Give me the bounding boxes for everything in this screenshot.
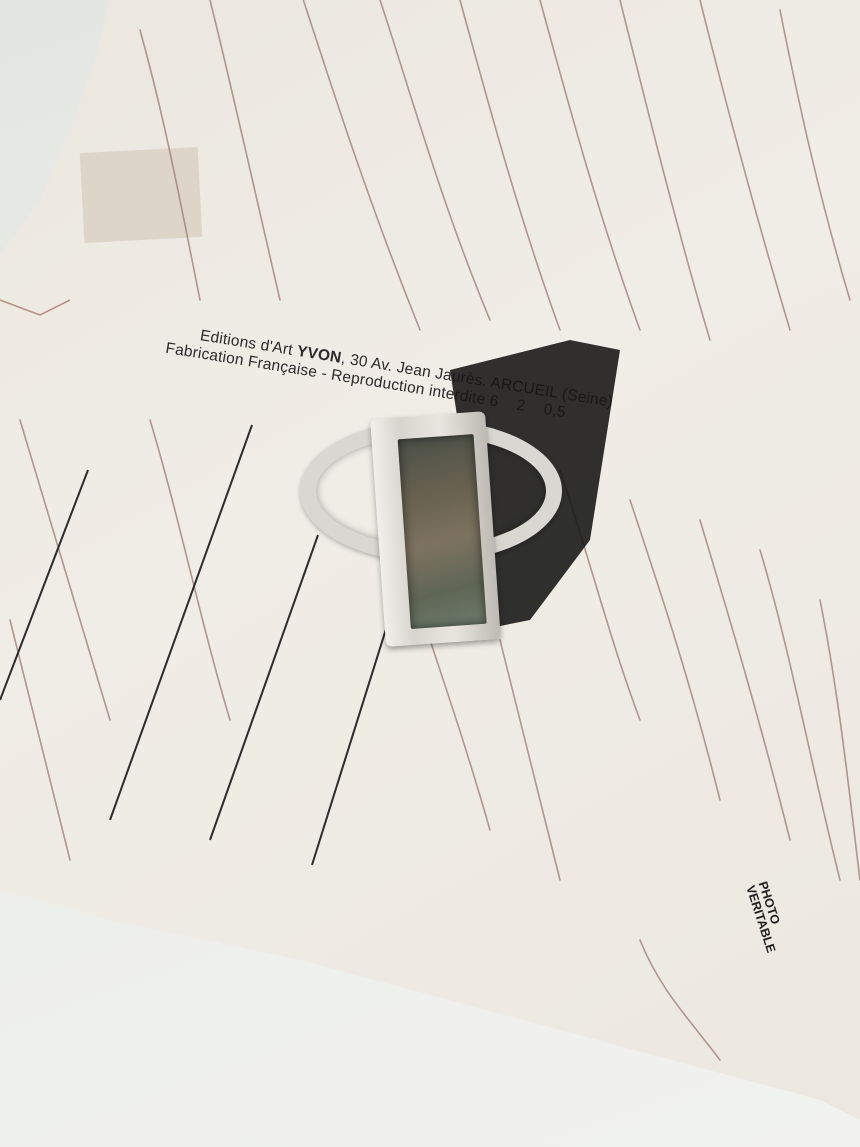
silver-ring <box>290 400 550 650</box>
labradorite-stone <box>398 434 487 629</box>
photo-scene: Editions d'Art YVON, 30 Av. Jean Jaurès.… <box>0 0 860 1147</box>
ring-bezel <box>370 411 501 646</box>
